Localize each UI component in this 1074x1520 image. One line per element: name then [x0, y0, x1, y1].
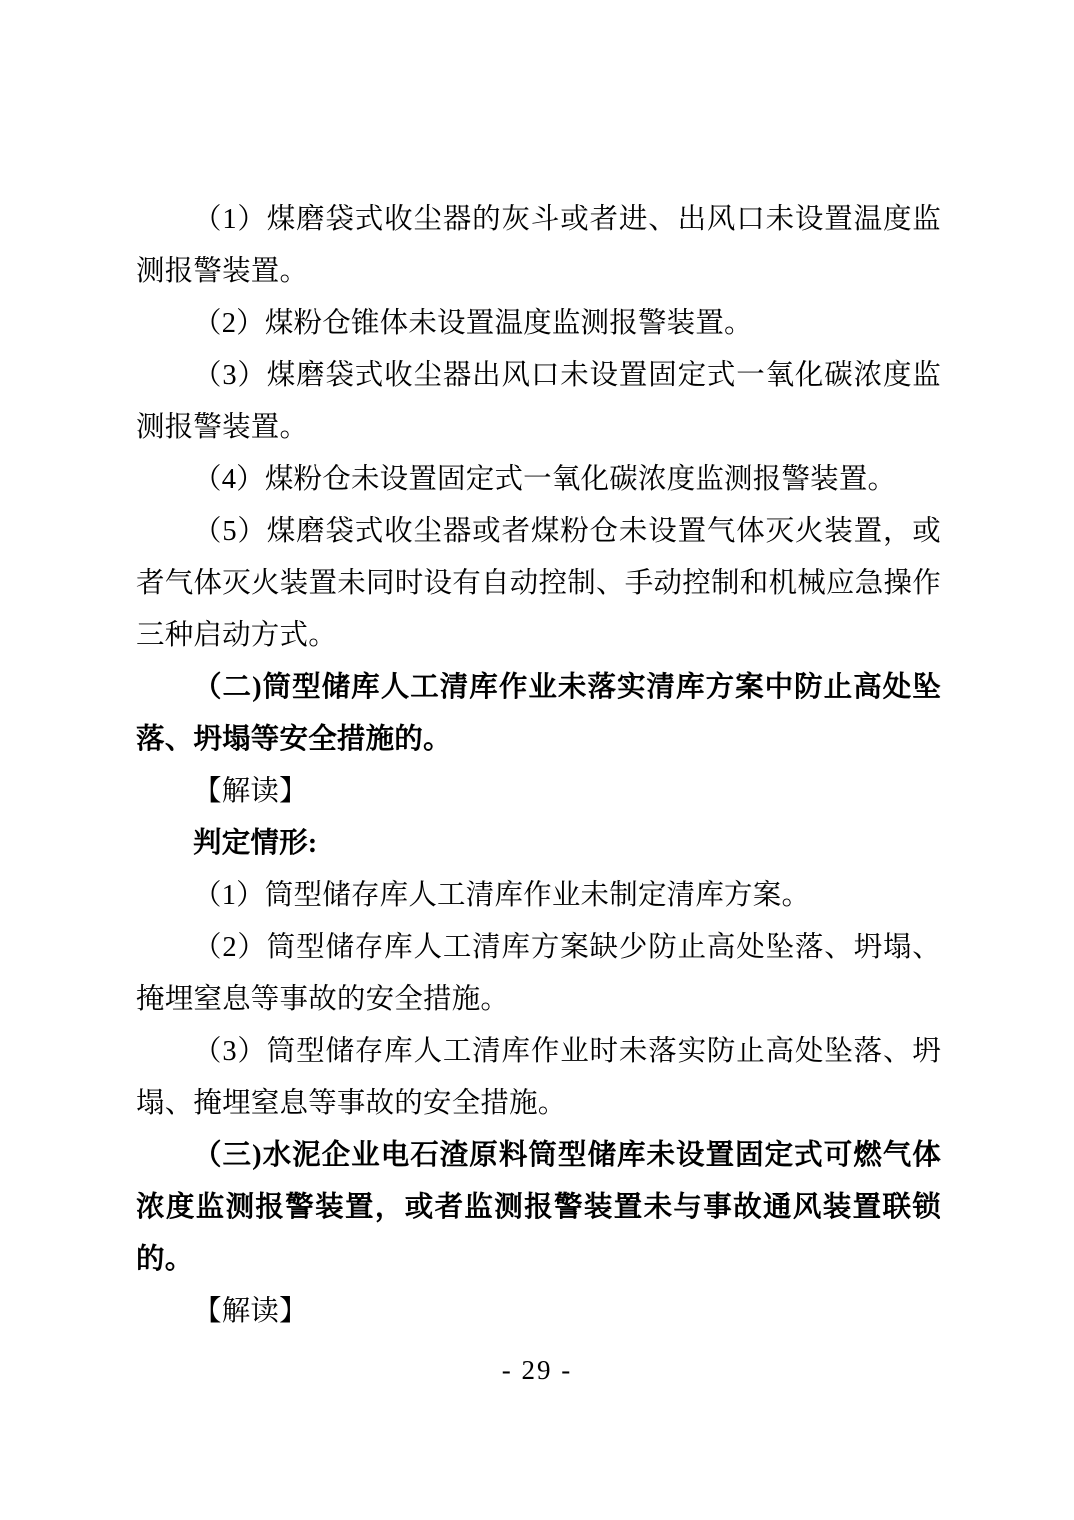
doc-paragraph: （5）煤磨袋式收尘器或者煤粉仓未设置气体灭火装置，或者气体灭火装置未同时设有自动… [136, 506, 941, 662]
doc-paragraph: 【解读】 [136, 1286, 941, 1338]
doc-paragraph: （2）煤粉仓锥体未设置温度监测报警装置。 [136, 298, 941, 350]
doc-paragraph: 判定情形: [136, 818, 941, 870]
document-page: （1）煤磨袋式收尘器的灰斗或者进、出风口未设置温度监测报警装置。（2）煤粉仓锥体… [0, 0, 1074, 1520]
doc-paragraph: （3）煤磨袋式收尘器出风口未设置固定式一氧化碳浓度监测报警装置。 [136, 350, 941, 454]
page-number: - 29 - [0, 1350, 1074, 1390]
doc-paragraph: （三)水泥企业电石渣原料筒型储库未设置固定式可燃气体浓度监测报警装置，或者监测报… [136, 1130, 941, 1286]
doc-paragraph: （3）筒型储存库人工清库作业时未落实防止高处坠落、坍塌、掩埋窒息等事故的安全措施… [136, 1026, 941, 1130]
doc-paragraph: （1）煤磨袋式收尘器的灰斗或者进、出风口未设置温度监测报警装置。 [136, 194, 941, 298]
doc-paragraph: （1）筒型储存库人工清库作业未制定清库方案。 [136, 870, 941, 922]
doc-paragraph: （4）煤粉仓未设置固定式一氧化碳浓度监测报警装置。 [136, 454, 941, 506]
doc-paragraph: （二)筒型储库人工清库作业未落实清库方案中防止高处坠落、坍塌等安全措施的。 [136, 662, 941, 766]
document-body: （1）煤磨袋式收尘器的灰斗或者进、出风口未设置温度监测报警装置。（2）煤粉仓锥体… [136, 194, 941, 1338]
doc-paragraph: （2）筒型储存库人工清库方案缺少防止高处坠落、坍塌、掩埋窒息等事故的安全措施。 [136, 922, 941, 1026]
doc-paragraph: 【解读】 [136, 766, 941, 818]
